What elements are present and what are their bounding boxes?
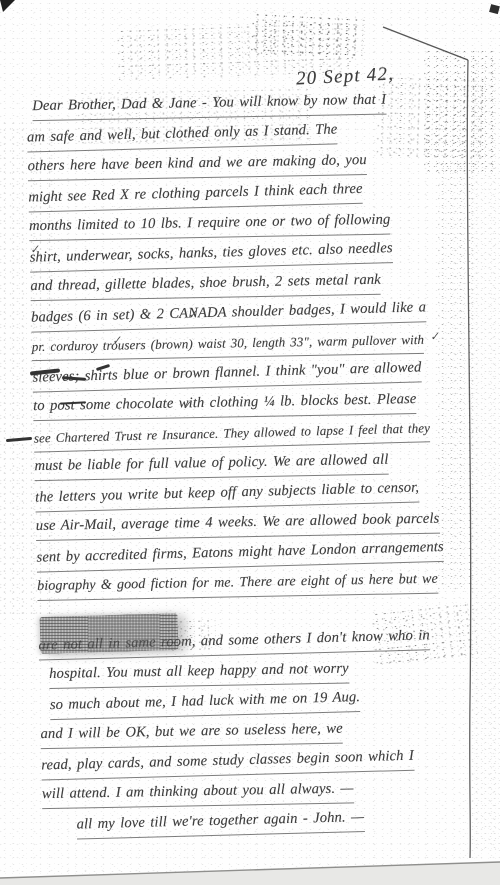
scanner-background-strip bbox=[0, 862, 500, 885]
pen-tick-mark: ✓ bbox=[187, 307, 198, 321]
corner-artifact bbox=[0, 0, 15, 12]
letter-line: biography & good fiction for me. There a… bbox=[37, 564, 438, 601]
letter-body: Dear Brother, Dad & Jane - You will know… bbox=[26, 82, 495, 840]
scanned-letter-page: 20 Sept 42, Dear Brother, Dad & Jane - Y… bbox=[0, 0, 500, 885]
pen-tick-mark: ✓ bbox=[429, 329, 440, 343]
pen-tick-mark: ✓ bbox=[111, 333, 122, 347]
page-corner-cut-edge bbox=[383, 27, 468, 60]
page-bottom-edge bbox=[0, 862, 500, 878]
censor-redaction-block bbox=[40, 613, 179, 654]
pen-tick-mark: ✓ bbox=[29, 242, 40, 256]
scan-noise-patch bbox=[251, 11, 365, 59]
pen-dash-mark bbox=[6, 437, 32, 442]
letter-line: all my love till we're together again - … bbox=[76, 802, 364, 840]
pen-tick-mark: ✓ bbox=[181, 398, 192, 412]
corner-artifact bbox=[489, 4, 500, 14]
